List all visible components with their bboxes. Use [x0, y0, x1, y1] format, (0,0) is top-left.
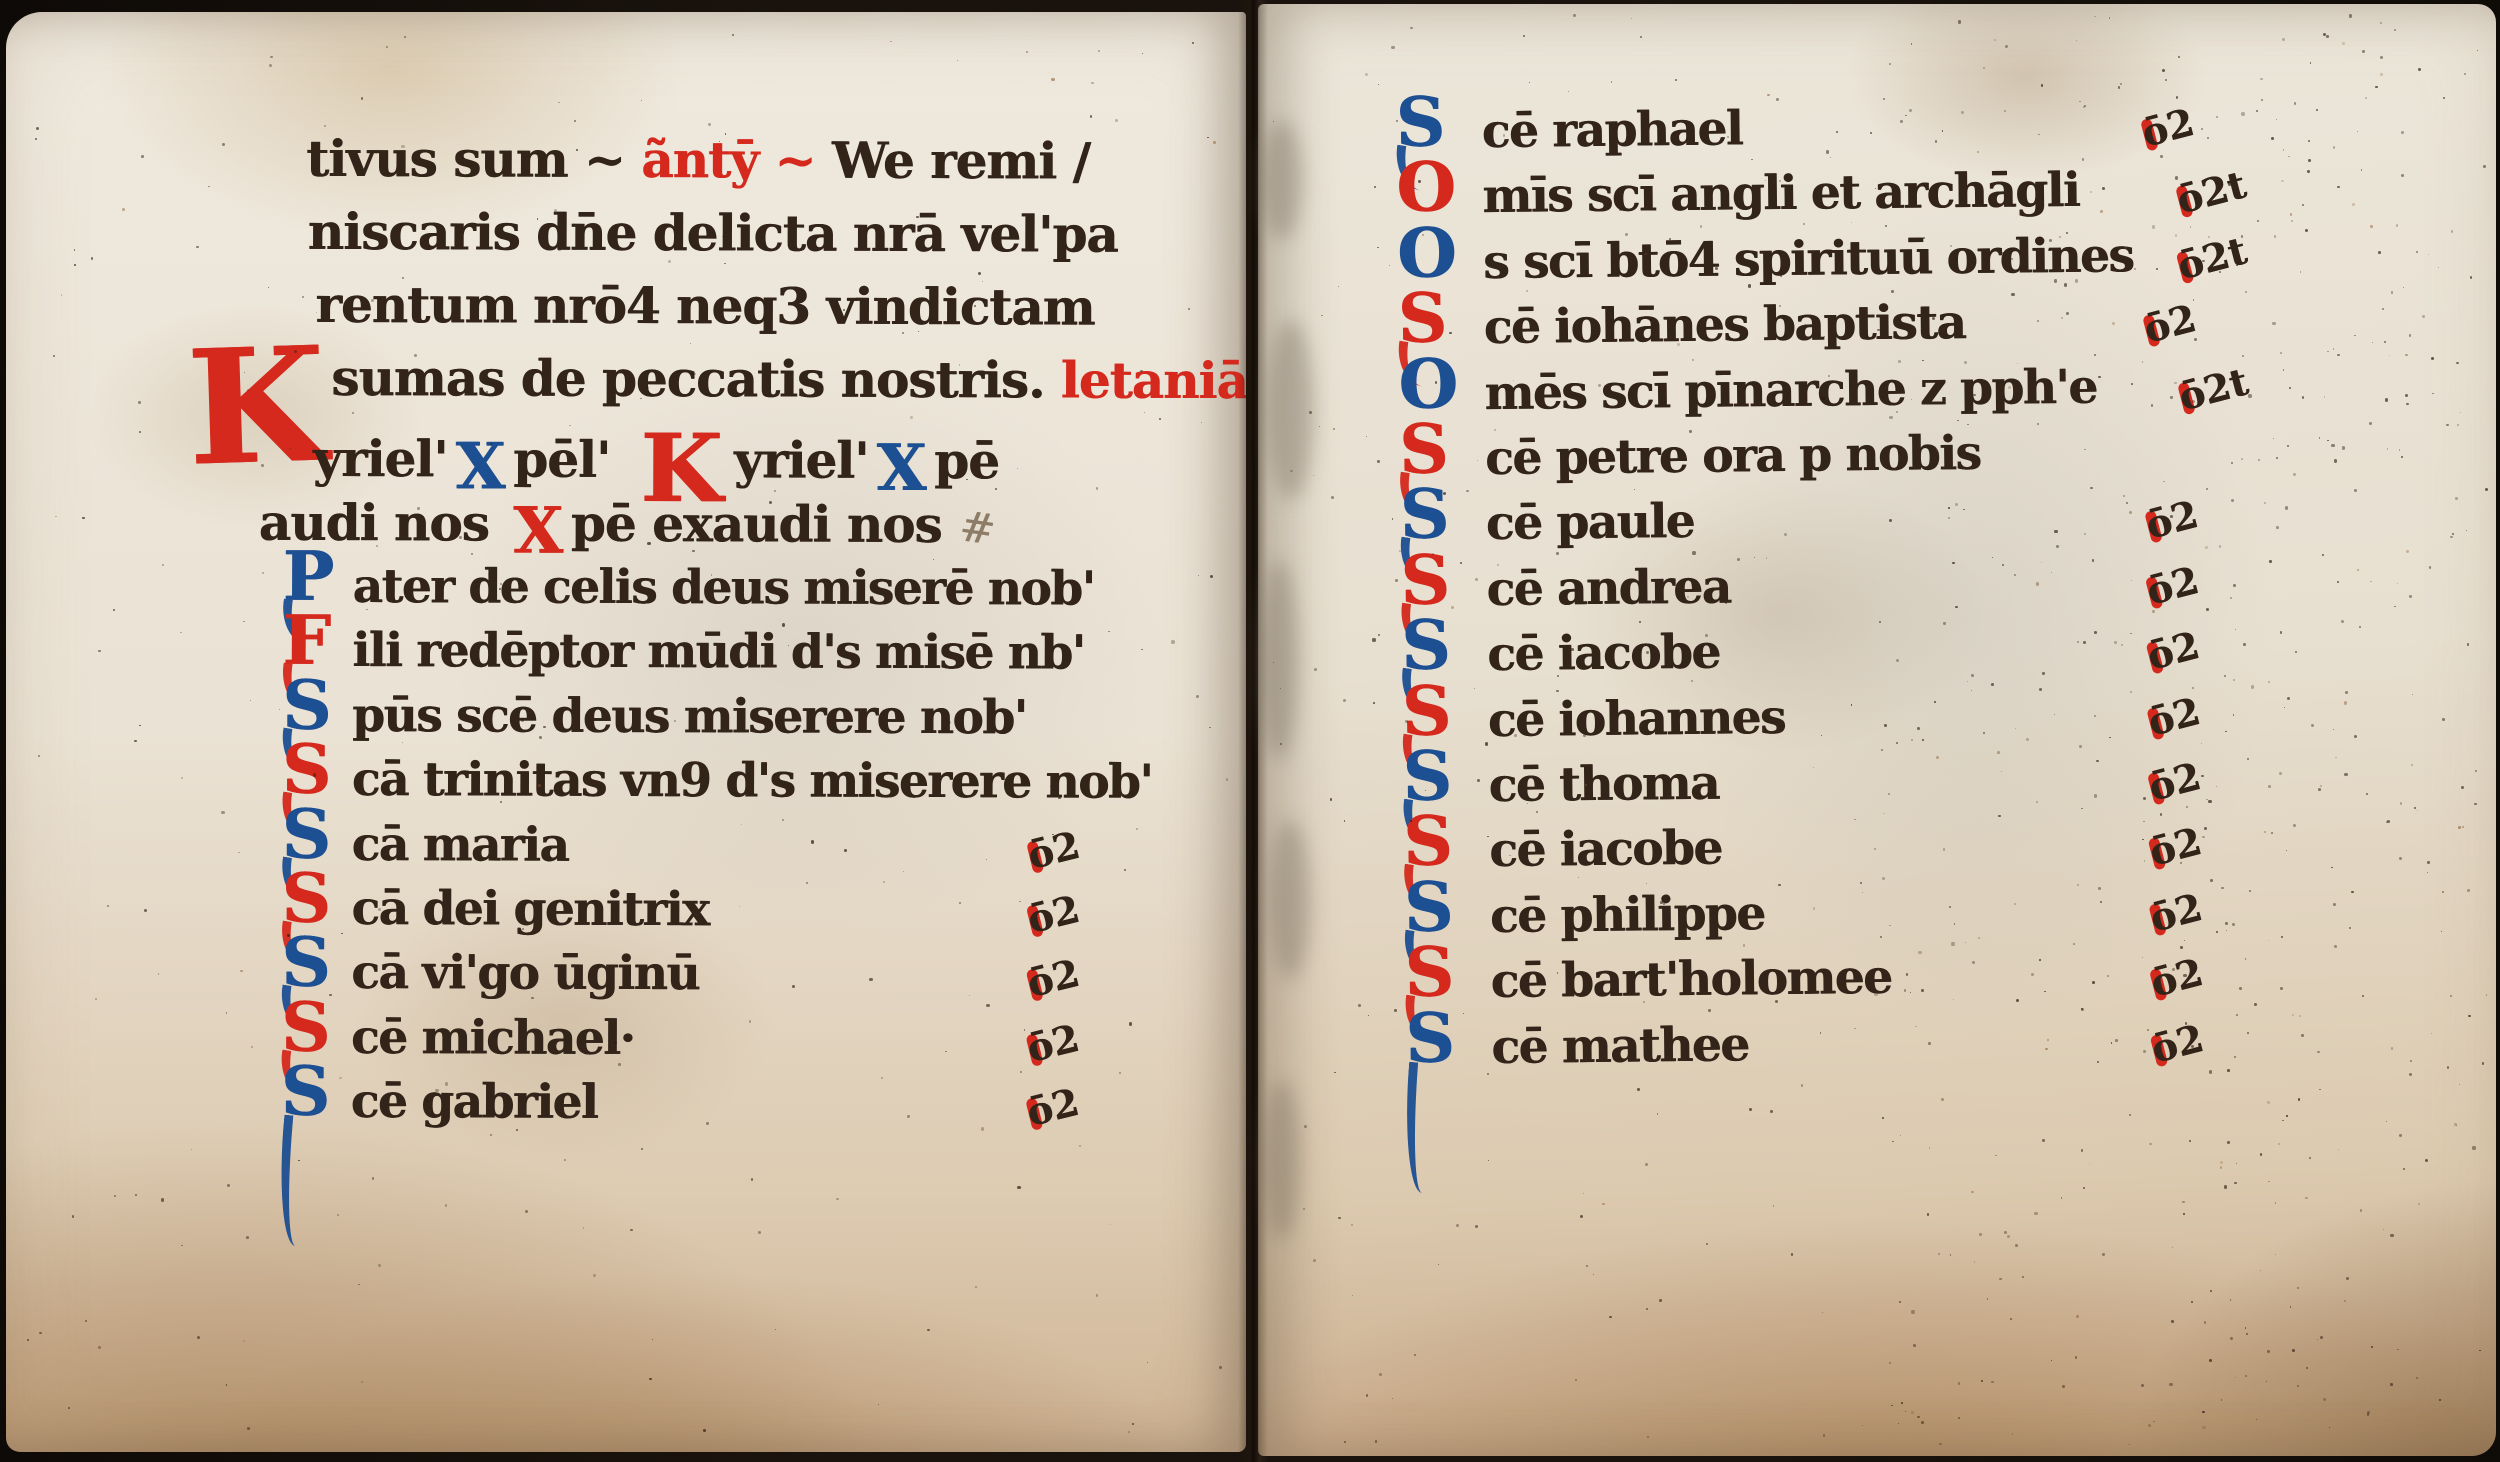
- parchment-speck: [2142, 361, 2143, 362]
- parchment-speck: [2391, 291, 2393, 293]
- parchment-speck: [2178, 56, 2180, 58]
- parchment-speck: [732, 34, 734, 36]
- parchment-speck: [2486, 994, 2487, 995]
- ora-abbreviation: ō2t: [2172, 162, 2250, 223]
- parchment-speck: [1971, 690, 1972, 691]
- parchment-speck: [1024, 1029, 1025, 1030]
- parchment-speck: [2349, 927, 2350, 928]
- parchment-speck: [2261, 99, 2263, 101]
- parchment-speck: [1706, 1243, 1707, 1244]
- parchment-speck: [1870, 132, 1872, 134]
- parchment-speck: [1526, 290, 1528, 292]
- parchment-speck: [1207, 137, 1208, 138]
- parchment-speck: [2365, 97, 2367, 99]
- parchment-speck: [180, 632, 181, 633]
- parchment-speck: [1159, 418, 1161, 420]
- parchment-speck: [2286, 1115, 2287, 1116]
- parchment-speck: [1338, 1217, 1340, 1219]
- parchment-speck: [1775, 1000, 1778, 1003]
- line-filler-mark: #: [956, 501, 996, 554]
- parchment-speck: [2061, 317, 2063, 319]
- parchment-speck: [2331, 444, 2334, 447]
- parchment-speck: [2014, 574, 2016, 576]
- parchment-speck: [2236, 265, 2237, 266]
- parchment-speck: [2008, 386, 2011, 389]
- parchment-speck: [569, 425, 570, 426]
- parchment-speck: [2254, 1003, 2257, 1006]
- parchment-speck: [1877, 329, 1879, 331]
- parchment-speck: [1219, 1366, 1222, 1369]
- parchment-speck: [2192, 687, 2194, 689]
- parchment-speck: [240, 970, 242, 972]
- ora-abbreviation-text: ō2: [2144, 753, 2205, 810]
- parchment-speck: [1647, 1436, 1649, 1438]
- parchment-speck: [98, 650, 101, 653]
- parchment-speck: [1379, 1373, 1382, 1376]
- ora-abbreviation: ō2: [2145, 884, 2206, 941]
- parchment-speck: [243, 1340, 245, 1342]
- parchment-speck: [2054, 279, 2057, 282]
- parchment-speck: [1973, 394, 1975, 396]
- parchment-speck: [91, 257, 93, 259]
- parchment-speck: [298, 1160, 299, 1161]
- ora-abbreviation: ō2t: [2174, 358, 2252, 419]
- parchment-speck: [138, 401, 140, 403]
- ora-abbreviation-text: ō2: [2145, 884, 2206, 941]
- parchment-speck: [2224, 1185, 2227, 1188]
- parchment-speck: [1611, 81, 1613, 83]
- parchment-speck: [2342, 446, 2345, 449]
- parchment-speck: [2311, 724, 2314, 727]
- parchment-speck: [1948, 517, 1950, 519]
- gutter-smudge: [1262, 120, 1302, 240]
- photo-background: tivus sum ~ ãntȳ ~ We remi /niscaris dn̄…: [0, 0, 2500, 1462]
- parchment-speck: [2152, 610, 2154, 612]
- parchment-speck: [2170, 396, 2172, 398]
- parchment-speck: [2278, 1143, 2279, 1144]
- parchment-speck: [758, 1231, 761, 1234]
- parchment-speck: [2257, 220, 2259, 222]
- parchment-speck: [1909, 109, 1912, 112]
- parchment-speck: [1026, 51, 1028, 53]
- parchment-speck: [1583, 734, 1586, 737]
- parchment-speck: [1958, 1382, 1960, 1384]
- parchment-speck: [2475, 770, 2476, 771]
- parchment-speck: [2483, 165, 2486, 168]
- parchment-speck: [1303, 1208, 1305, 1210]
- parchment-speck: [2090, 487, 2092, 489]
- parchment-speck: [313, 773, 316, 776]
- parchment-speck: [1942, 130, 1943, 131]
- parchment-speck: [1923, 237, 1925, 239]
- parchment-speck: [2109, 737, 2110, 738]
- manuscript-line: yriel'Xpēl'Kyriel'Xpē: [313, 413, 1246, 493]
- parchment-speck: [2239, 987, 2242, 990]
- parchment-speck: [2227, 1141, 2230, 1144]
- parchment-speck: [1637, 1088, 1640, 1091]
- parchment-speck: [749, 1020, 752, 1023]
- parchment-speck: [1669, 238, 1671, 240]
- parchment-speck: [2409, 1073, 2412, 1076]
- parchment-speck: [250, 700, 251, 701]
- parchment-speck: [1995, 1155, 1996, 1156]
- prose-text: sumas de peccatis nostris.: [331, 348, 1044, 409]
- parchment-speck: [2380, 73, 2383, 76]
- ora-abbreviation-text: ō2t: [2174, 358, 2252, 419]
- parchment-speck: [134, 740, 136, 742]
- parchment-speck: [2401, 131, 2404, 134]
- parchment-speck: [2394, 606, 2395, 607]
- manuscript-line: niscaris dn̄e delicta nrā vel'pa: [308, 202, 1246, 282]
- parchment-speck: [1304, 1125, 1307, 1128]
- litany-text: cē andrea: [1486, 559, 1731, 617]
- parchment-speck: [1896, 742, 1898, 744]
- parchment-speck: [1888, 793, 1890, 795]
- litany-text: s scī btō4 spirituū ordines: [1483, 228, 2134, 290]
- parchment-speck: [1997, 751, 2000, 754]
- prose-text: yriel': [313, 429, 448, 488]
- parchment-speck: [890, 41, 891, 42]
- ora-abbreviation: ō2: [2142, 622, 2203, 679]
- parchment-speck: [1854, 819, 1855, 820]
- parchment-speck: [269, 64, 272, 67]
- parchment-speck: [1201, 422, 1202, 423]
- parchment-speck: [1119, 1072, 1121, 1074]
- parchment-speck: [287, 934, 290, 937]
- parchment-speck: [2280, 631, 2282, 633]
- parchment-speck: [1791, 1253, 1794, 1256]
- parchment-speck: [2472, 1146, 2475, 1149]
- parchment-speck: [2220, 1161, 2223, 1164]
- parchment-speck: [1536, 811, 1538, 813]
- parchment-speck: [1898, 360, 1901, 363]
- prose-text: pēl': [513, 430, 610, 489]
- parchment-speck: [1333, 428, 1334, 429]
- ora-abbreviation-text: ō2: [2142, 557, 2203, 614]
- parchment-speck: [1372, 638, 1375, 641]
- parchment-speck: [788, 645, 789, 646]
- parchment-speck: [2092, 981, 2095, 984]
- parchment-speck: [2227, 1069, 2230, 1072]
- parchment-speck: [2258, 459, 2260, 461]
- litany-text: ater de celis deus miserē nob': [352, 559, 1094, 617]
- parchment-speck: [1394, 1009, 1397, 1012]
- parchment-speck: [1879, 621, 1881, 623]
- illuminated-initial-k: K: [185, 327, 327, 489]
- parchment-speck: [2320, 1336, 2323, 1339]
- parchment-speck: [948, 721, 951, 724]
- parchment-speck: [2331, 867, 2332, 868]
- parchment-speck: [2225, 922, 2228, 925]
- parchment-speck: [2337, 581, 2338, 582]
- parchment-speck: [2375, 86, 2377, 88]
- parchment-speck: [2062, 1385, 2065, 1388]
- parchment-speck: [316, 312, 317, 313]
- litany-text: mēs scī pīnarche z pph'e: [1484, 359, 2097, 420]
- parchment-speck: [1780, 275, 1782, 277]
- parchment-speck: [1503, 134, 1505, 136]
- parchment-speck: [2100, 210, 2103, 213]
- parchment-speck: [2324, 396, 2326, 398]
- parchment-speck: [161, 1198, 164, 1201]
- ora-abbreviation-text: ō2: [2139, 295, 2200, 352]
- parchment-speck: [1779, 305, 1781, 307]
- parchment-speck: [1602, 1203, 1605, 1206]
- ora-abbreviation: ō2: [2137, 99, 2198, 156]
- parchment-speck: [2151, 404, 2153, 406]
- parchment-speck: [2380, 56, 2383, 59]
- parchment-speck: [1928, 1042, 1930, 1044]
- parchment-speck: [1949, 906, 1951, 908]
- parchment-speck: [1096, 1294, 1099, 1297]
- parchment-speck: [2317, 1051, 2320, 1054]
- parchment-speck: [2143, 821, 2144, 822]
- litany-text: cē thoma: [1488, 756, 1719, 813]
- parchment-speck: [811, 840, 814, 843]
- parchment-speck: [1128, 1431, 1130, 1433]
- parchment-speck: [2202, 1426, 2205, 1429]
- parchment-speck: [1881, 749, 1883, 751]
- parchment-speck: [2142, 957, 2143, 958]
- parchment-speck: [2230, 597, 2231, 598]
- parchment-speck: [2260, 78, 2263, 81]
- ora-abbreviation: ō2: [1023, 950, 1084, 1006]
- ora-abbreviation: ō2: [2141, 491, 2202, 548]
- parchment-speck: [1534, 984, 1535, 985]
- parchment-speck: [2034, 1212, 2037, 1215]
- parchment-speck: [1098, 50, 1100, 52]
- parchment-speck: [1911, 1310, 1914, 1313]
- parchment-speck: [1991, 683, 1994, 686]
- parchment-speck: [1899, 1301, 1901, 1303]
- parchment-speck: [2458, 826, 2461, 829]
- parchment-speck: [2170, 515, 2173, 518]
- prose-text: niscaris dn̄e delicta nrā vel'pa: [308, 202, 1118, 264]
- parchment-speck: [1188, 308, 1190, 310]
- ora-abbreviation: ō2: [2144, 753, 2205, 810]
- parchment-speck: [2182, 1201, 2184, 1203]
- parchment-speck: [1435, 381, 1438, 384]
- parchment-speck: [1821, 397, 1824, 400]
- parchment-speck: [1414, 1354, 1416, 1356]
- parchment-speck: [2341, 620, 2344, 623]
- ora-abbreviation-text: ō2: [1023, 822, 1084, 878]
- parchment-speck: [1979, 1233, 1981, 1235]
- parchment-speck: [1571, 648, 1574, 651]
- illuminated-initial: S: [1402, 742, 1452, 811]
- parchment-speck: [2429, 566, 2431, 568]
- parchment-speck: [2422, 315, 2425, 318]
- parchment-speck: [782, 623, 785, 626]
- parchment-speck: [2308, 140, 2310, 142]
- ora-abbreviation: ō2: [2143, 688, 2204, 745]
- parchment-speck: [2235, 629, 2236, 630]
- parchment-speck: [1556, 552, 1559, 555]
- parchment-speck: [1964, 361, 1967, 364]
- parchment-speck: [2077, 641, 2079, 643]
- parchment-speck: [2075, 1356, 2077, 1358]
- parchment-speck: [916, 216, 918, 218]
- parchment-speck: [2245, 291, 2247, 293]
- parchment-speck: [693, 373, 696, 376]
- parchment-speck: [2294, 102, 2296, 104]
- litany-text: cē mathee: [1491, 1017, 1749, 1075]
- parchment-speck: [486, 391, 488, 393]
- parchment-speck: [618, 1063, 621, 1066]
- parchment-speck: [2125, 247, 2127, 249]
- parchment-speck: [1378, 634, 1380, 636]
- parchment-speck: [2281, 180, 2283, 182]
- parchment-speck: [1950, 1254, 1952, 1256]
- prose-text: yriel': [734, 430, 869, 489]
- ora-abbreviation: ō2: [2146, 1015, 2207, 1072]
- parchment-speck: [1273, 121, 1274, 122]
- parchment-speck: [1140, 370, 1143, 373]
- parchment-speck: [2039, 959, 2041, 961]
- parchment-speck: [2243, 643, 2246, 646]
- parchment-speck: [719, 141, 720, 142]
- parchment-speck: [2351, 891, 2353, 893]
- litany-text: cē paule: [1486, 494, 1695, 551]
- ora-abbreviation-text: ō2: [2146, 1015, 2207, 1072]
- parchment-speck: [2470, 276, 2473, 279]
- parchment-speck: [1213, 141, 1216, 144]
- parchment-speck: [2482, 1062, 2485, 1065]
- parchment-speck: [2309, 1157, 2311, 1159]
- parchment-speck: [2306, 1367, 2308, 1369]
- parchment-speck: [2479, 1350, 2480, 1351]
- parchment-speck: [2399, 449, 2400, 450]
- litany-text: cē iohānes baptista: [1483, 295, 1965, 355]
- parchment-speck: [361, 97, 363, 99]
- parchment-speck: [1955, 503, 1958, 506]
- illuminated-initial: S: [1400, 546, 1450, 615]
- parchment-speck: [2291, 220, 2293, 222]
- parchment-speck: [2231, 462, 2233, 464]
- parchment-speck: [1514, 734, 1517, 737]
- parchment-speck: [2344, 701, 2347, 704]
- litany-text: ili redēptor mūdi d's misē nb': [352, 623, 1084, 681]
- ora-abbreviation-text: ō2t: [2172, 162, 2250, 223]
- parchment-speck: [404, 36, 406, 38]
- parchment-speck: [2344, 1300, 2346, 1302]
- parchment-speck: [583, 1227, 584, 1228]
- parchment-speck: [2201, 775, 2204, 778]
- parchment-speck: [2432, 393, 2433, 394]
- parchment-speck: [2323, 33, 2326, 36]
- parchment-speck: [2267, 1101, 2270, 1104]
- parchment-speck: [1663, 903, 1665, 905]
- parchment-speck: [1898, 1423, 1899, 1424]
- ora-abbreviation: ō2: [2144, 818, 2205, 875]
- parchment-speck: [2114, 641, 2117, 644]
- parchment-speck: [2037, 423, 2039, 425]
- litany-text: cā dei genitrix: [351, 881, 708, 937]
- prose-text: We remi /: [815, 131, 1090, 191]
- parchment-speck: [2209, 1070, 2212, 1073]
- litany-text: cā maria: [352, 817, 569, 873]
- parchment-speck: [1896, 411, 1898, 413]
- parchment-speck: [1573, 14, 1576, 17]
- parchment-speck: [843, 309, 845, 311]
- parchment-speck: [471, 553, 473, 555]
- parchment-speck: [538, 784, 541, 787]
- parchment-speck: [2378, 251, 2381, 254]
- parchment-speck: [558, 249, 560, 251]
- parchment-speck: [1677, 343, 1680, 346]
- parchment-speck: [2012, 205, 2014, 207]
- manuscript-line: rentum nrō4 neq3 vindictam: [315, 275, 1246, 355]
- parchment-speck: [2302, 396, 2304, 398]
- parchment-speck: [1776, 98, 1779, 101]
- parchment-speck: [376, 545, 378, 547]
- left-page: tivus sum ~ ãntȳ ~ We remi /niscaris dn̄…: [6, 12, 1246, 1452]
- parchment-speck: [141, 155, 144, 158]
- parchment-speck: [1593, 1274, 1594, 1275]
- parchment-speck: [1708, 1009, 1711, 1012]
- parchment-speck: [261, 464, 264, 467]
- parchment-speck: [522, 928, 524, 930]
- parchment-speck: [2219, 271, 2221, 273]
- parchment-speck: [1966, 452, 1968, 454]
- parchment-speck: [844, 849, 847, 852]
- parchment-speck: [114, 1195, 116, 1197]
- parchment-speck: [1050, 786, 1051, 787]
- parchment-speck: [1905, 115, 1906, 116]
- parchment-speck: [2107, 975, 2109, 977]
- parchment-speck: [238, 852, 239, 853]
- parchment-speck: [2305, 1197, 2307, 1199]
- right-page: Scē raphaelō2Omīs scī angli et archāgliō…: [1258, 4, 2496, 1456]
- manuscript-line: tivus sum ~ ãntȳ ~ We remi /: [306, 129, 1246, 209]
- parchment-speck: [2076, 1315, 2079, 1318]
- parchment-speck: [1368, 1015, 1369, 1016]
- parchment-speck: [2175, 176, 2178, 179]
- parchment-speck: [2326, 35, 2328, 37]
- parchment-speck: [2059, 264, 2061, 266]
- illuminated-initial: S: [1395, 88, 1445, 157]
- illuminated-initial: O: [1398, 350, 1458, 419]
- parchment-speck: [2272, 322, 2275, 325]
- parchment-speck: [1822, 1312, 1823, 1313]
- parchment-speck: [2241, 235, 2243, 237]
- parchment-speck: [2417, 810, 2418, 811]
- ora-abbreviation-text: ō2: [1022, 1015, 1083, 1071]
- parchment-speck: [2197, 1050, 2198, 1051]
- parchment-speck: [1209, 727, 1210, 728]
- parchment-speck: [2202, 1411, 2204, 1413]
- parchment-speck: [2036, 582, 2039, 585]
- parchment-speck: [1689, 430, 1692, 433]
- parchment-speck: [1917, 727, 1920, 730]
- parchment-speck: [2405, 394, 2408, 397]
- ora-abbreviation-text: ō2: [2143, 688, 2204, 745]
- parchment-speck: [1485, 742, 1488, 745]
- parchment-speck: [2220, 1166, 2222, 1168]
- parchment-speck: [1691, 680, 1693, 682]
- parchment-speck: [2056, 545, 2059, 548]
- parchment-speck: [2354, 335, 2356, 337]
- parchment-speck: [324, 125, 326, 127]
- parchment-speck: [1885, 225, 1887, 227]
- parchment-speck: [1410, 820, 1412, 822]
- parchment-speck: [74, 264, 76, 266]
- parchment-speck: [1958, 20, 1961, 23]
- parchment-speck: [2269, 560, 2271, 562]
- parchment-speck: [2204, 1321, 2206, 1323]
- parchment-speck: [35, 138, 37, 140]
- parchment-speck: [2333, 146, 2336, 149]
